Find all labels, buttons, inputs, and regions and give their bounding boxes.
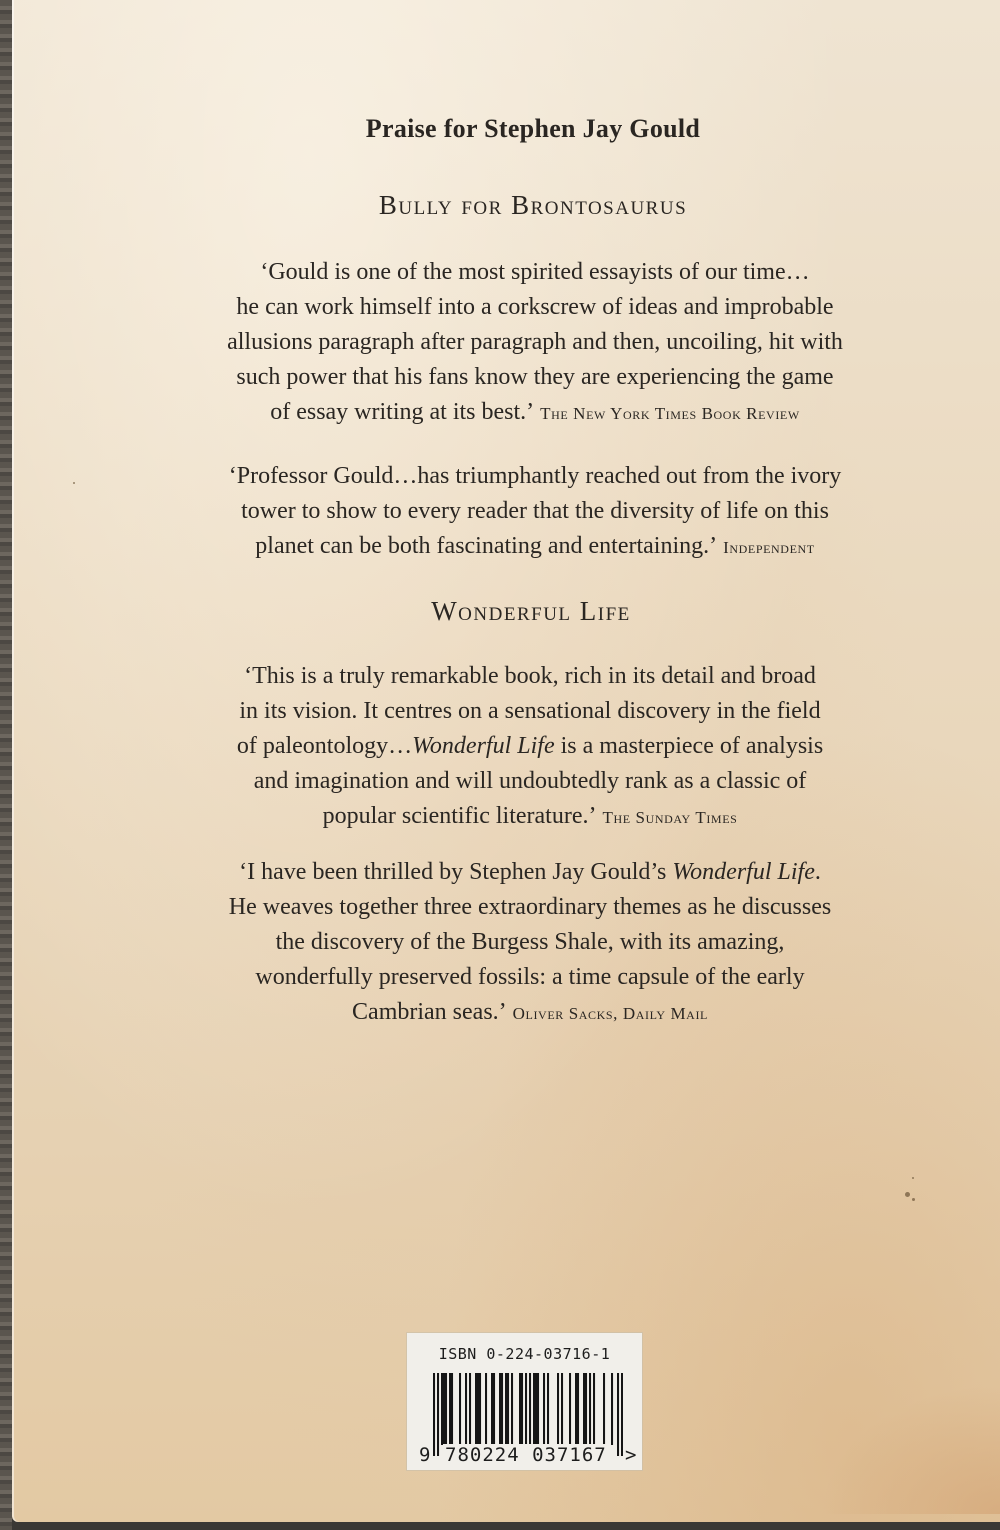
speck — [912, 1198, 915, 1201]
quote-line: and imagination and will undoubtedly ran… — [160, 764, 900, 799]
quote-oliver-sacks: ‘I have been thrilled by Stephen Jay Gou… — [160, 855, 900, 1031]
quote-line: tower to show to every reader that the d… — [150, 494, 920, 529]
quote-source: Oliver Sacks, Daily Mail — [513, 1004, 708, 1023]
book-back-cover-photo: Praise for Stephen Jay Gould Bully for B… — [0, 0, 1000, 1530]
water-stain — [820, 1384, 1000, 1514]
quote-nyt: ‘Gould is one of the most spirited essay… — [150, 255, 920, 431]
quote-line: he can work himself into a corkscrew of … — [150, 290, 920, 325]
speck — [912, 1177, 914, 1179]
quote-line: ‘This is a truly remarkable book, rich i… — [160, 659, 900, 694]
quote-line: popular scientific literature.’ — [323, 803, 597, 829]
adjacent-book-edge — [0, 0, 12, 1530]
book-title-bully-for-brontosaurus: Bully for Brontosaurus — [0, 190, 1000, 221]
quote-source: The New York Times Book Review — [540, 404, 800, 423]
quote-line: ‘Professor Gould…has triumphantly reache… — [150, 459, 920, 494]
barcode-lead-digit: 9 — [419, 1444, 430, 1466]
quote-line: He weaves together three extraordinary t… — [160, 890, 900, 925]
speck — [73, 482, 75, 484]
isbn-label: ISBN 0-224-03716-1 — [407, 1345, 642, 1363]
quote-sunday-times: ‘This is a truly remarkable book, rich i… — [160, 659, 900, 835]
speck — [905, 1192, 910, 1197]
quote-line: of paleontology… — [237, 733, 412, 759]
quote-independent: ‘Professor Gould…has triumphantly reache… — [150, 459, 920, 565]
barcode-number: 780224 037167 — [443, 1444, 609, 1466]
barcode-quiet-zone-arrow: > — [625, 1444, 636, 1466]
quote-line: in its vision. It centres on a sensation… — [160, 694, 900, 729]
isbn-barcode: ISBN 0-224-03716-1 9 780224 037167 > — [407, 1333, 642, 1470]
quote-line: such power that his fans know they are e… — [150, 360, 920, 395]
quote-line: planet can be both fascinating and enter… — [255, 533, 717, 559]
quote-line: is a masterpiece of analysis — [555, 733, 824, 759]
quote-line: of essay writing at its best.’ — [270, 399, 534, 425]
quote-source: The Sunday Times — [602, 808, 737, 827]
quote-line: ‘I have been thrilled by Stephen Jay Gou… — [239, 859, 672, 885]
book-title-wonderful-life: Wonderful Life — [0, 596, 1000, 627]
quote-line: allusions paragraph after paragraph and … — [150, 325, 920, 360]
quote-source: Independent — [723, 538, 815, 557]
quote-line: the discovery of the Burgess Shale, with… — [160, 925, 900, 960]
quote-line: Cambrian seas.’ — [352, 999, 507, 1025]
quote-line: wonderfully preserved fossils: a time ca… — [160, 960, 900, 995]
punctuation: . — [815, 859, 821, 885]
book-title-italic: Wonderful Life — [672, 859, 814, 885]
praise-heading: Praise for Stephen Jay Gould — [0, 114, 1000, 144]
quote-line: ‘Gould is one of the most spirited essay… — [150, 255, 920, 290]
book-title-italic: Wonderful Life — [412, 733, 554, 759]
